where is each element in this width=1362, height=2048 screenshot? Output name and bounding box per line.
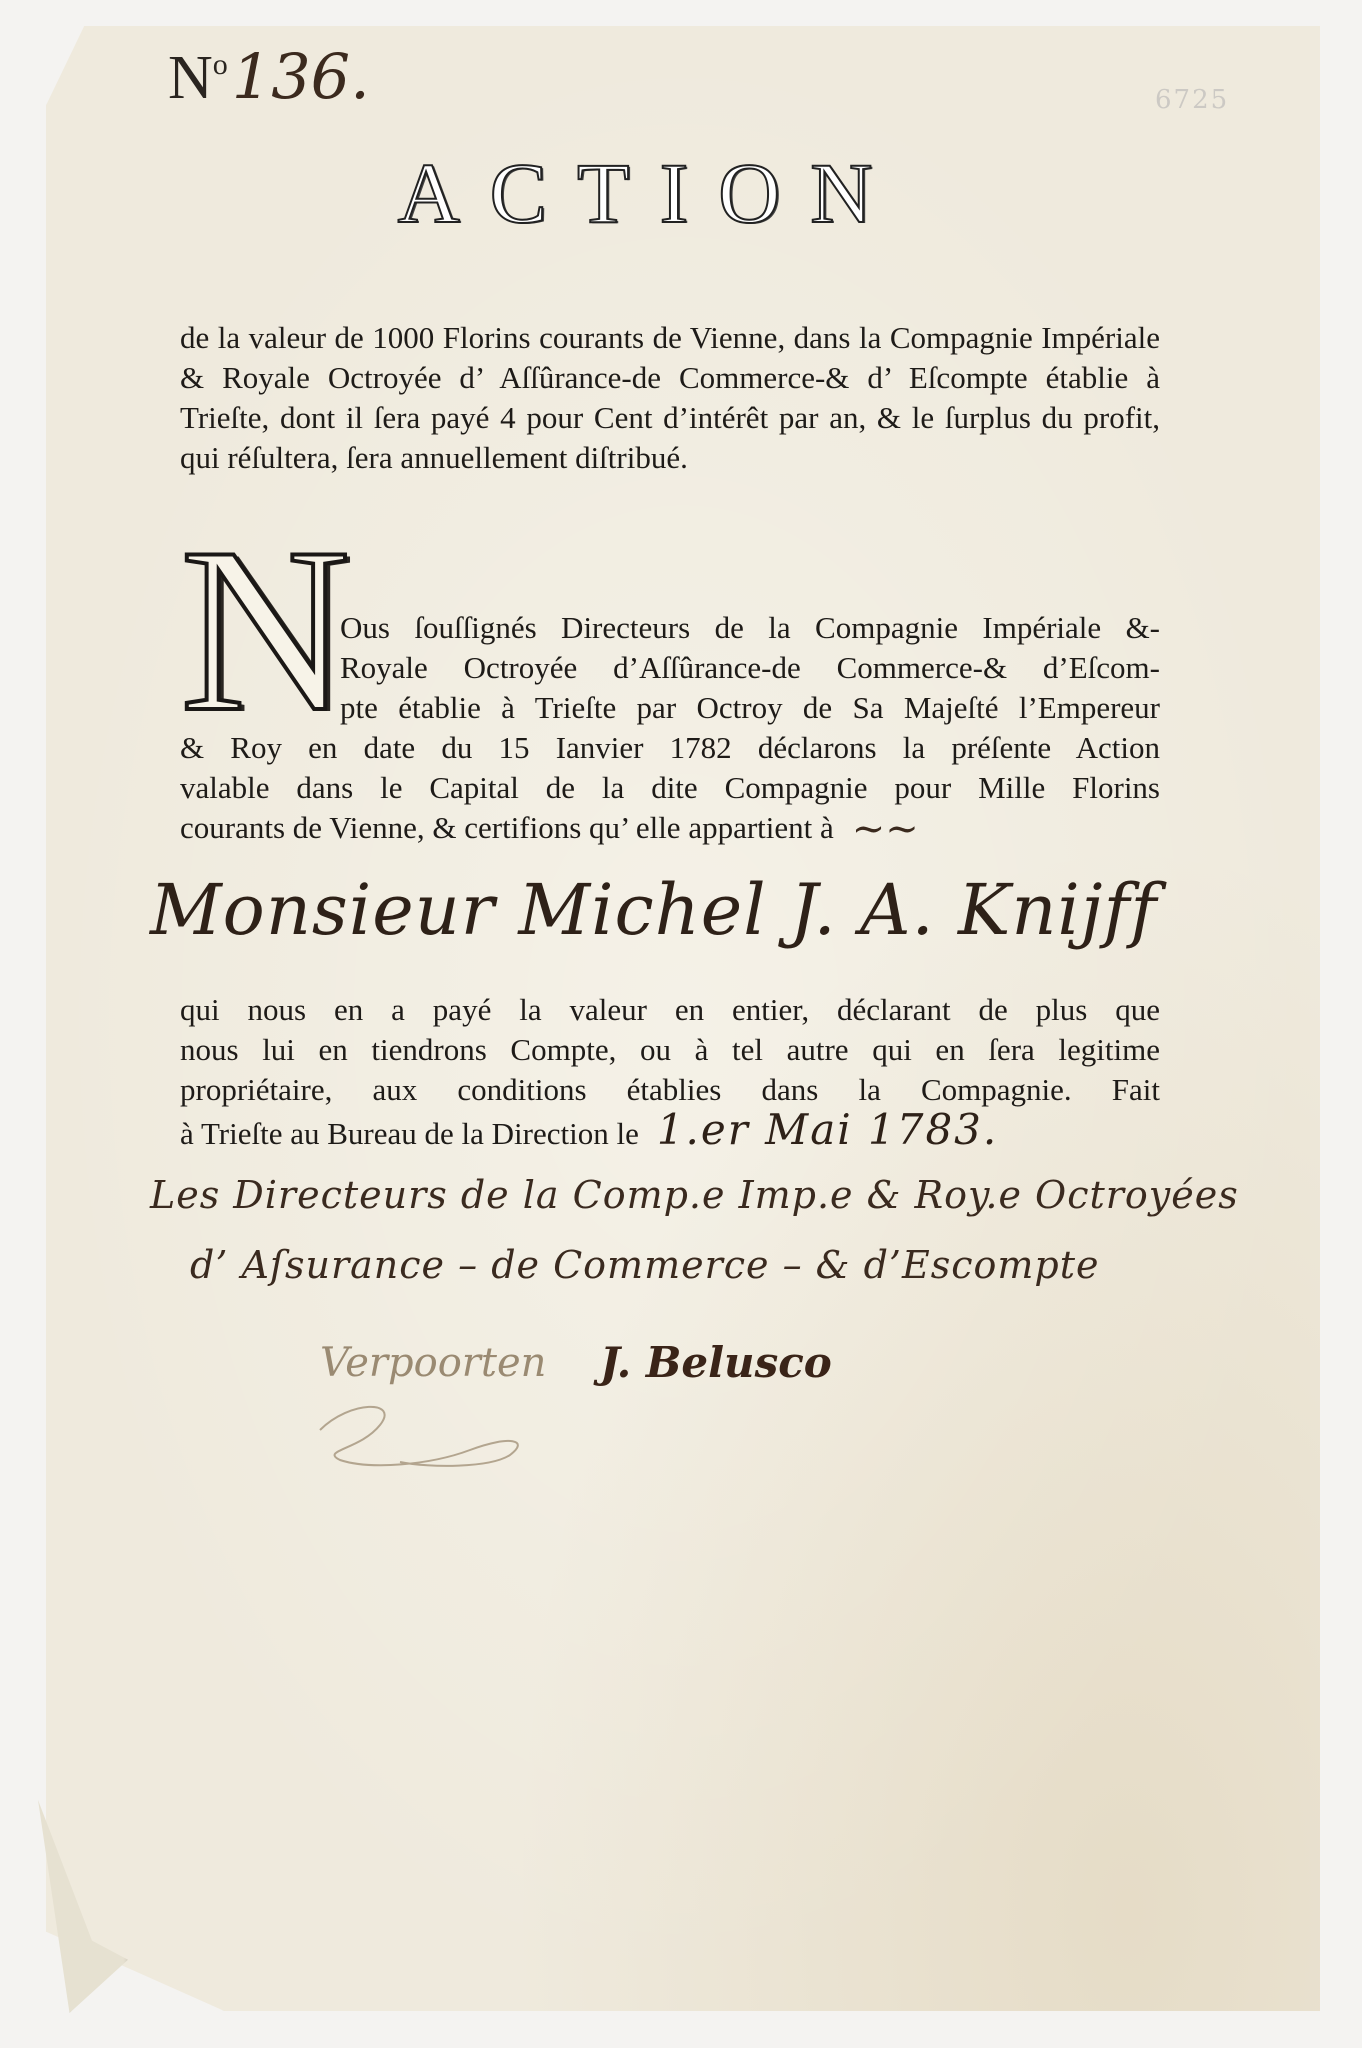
body-line: qui nous en a payé la valeur en entier, … — [180, 990, 1160, 1030]
body-line: pte établie à Trieſte par Octroy de Sa M… — [180, 688, 1160, 728]
body-line: courants de Vienne, & certifions qu’ ell… — [180, 808, 1160, 849]
body-line: & Roy en date du 15 Ianvier 1782 déclaro… — [180, 728, 1160, 768]
document-title: ACTION — [300, 150, 1000, 236]
holder-name-handwritten: Monsieur Michel J. A. Knijff — [150, 860, 1270, 960]
declaration-paragraph: Ous ſouſſignés Directeurs de la Compagni… — [180, 608, 1160, 849]
signature-block: Verpoorten J. Belusco — [320, 1330, 1120, 1490]
number-prefix: No — [168, 44, 228, 112]
signature-flourish-icon — [310, 1390, 550, 1470]
payment-paragraph: qui nous en a payé la valeur en entier, … — [180, 990, 1160, 1154]
signature-verpoorten: Verpoorten — [320, 1340, 546, 1386]
directors-attestation: Les Directeurs de la Comp.e Imp.e & Roy.… — [150, 1160, 1330, 1300]
pen-flourish: ~~ — [852, 809, 919, 849]
body-line: valable dans le Capital de la dite Compa… — [180, 768, 1160, 808]
body-line: propriétaire, aux conditions établies da… — [180, 1070, 1160, 1110]
issue-date-handwritten: 1.er Mai 1783. — [657, 1105, 998, 1154]
body-line: Royale Octroyée d’Aſſûrance-de Commerce-… — [180, 648, 1160, 688]
body-line: à Trieſte au Bureau de la Direction le1.… — [180, 1110, 1160, 1154]
pencil-mark: 6725 — [1155, 85, 1229, 115]
signature-belusco: J. Belusco — [600, 1338, 832, 1387]
directors-line: d’ Aſsurance – de Commerce – & d’Escompt… — [150, 1230, 1330, 1300]
preamble-paragraph: de la valeur de 1000 Florins courants de… — [180, 318, 1160, 478]
body-line: Ous ſouſſignés Directeurs de la Compagni… — [180, 608, 1160, 648]
body-line: nous lui en tiendrons Compte, ou à tel a… — [180, 1030, 1160, 1070]
number-value: 136. — [232, 40, 370, 113]
directors-line: Les Directeurs de la Comp.e Imp.e & Roy.… — [150, 1160, 1330, 1230]
certificate-number: No136. — [168, 46, 370, 109]
